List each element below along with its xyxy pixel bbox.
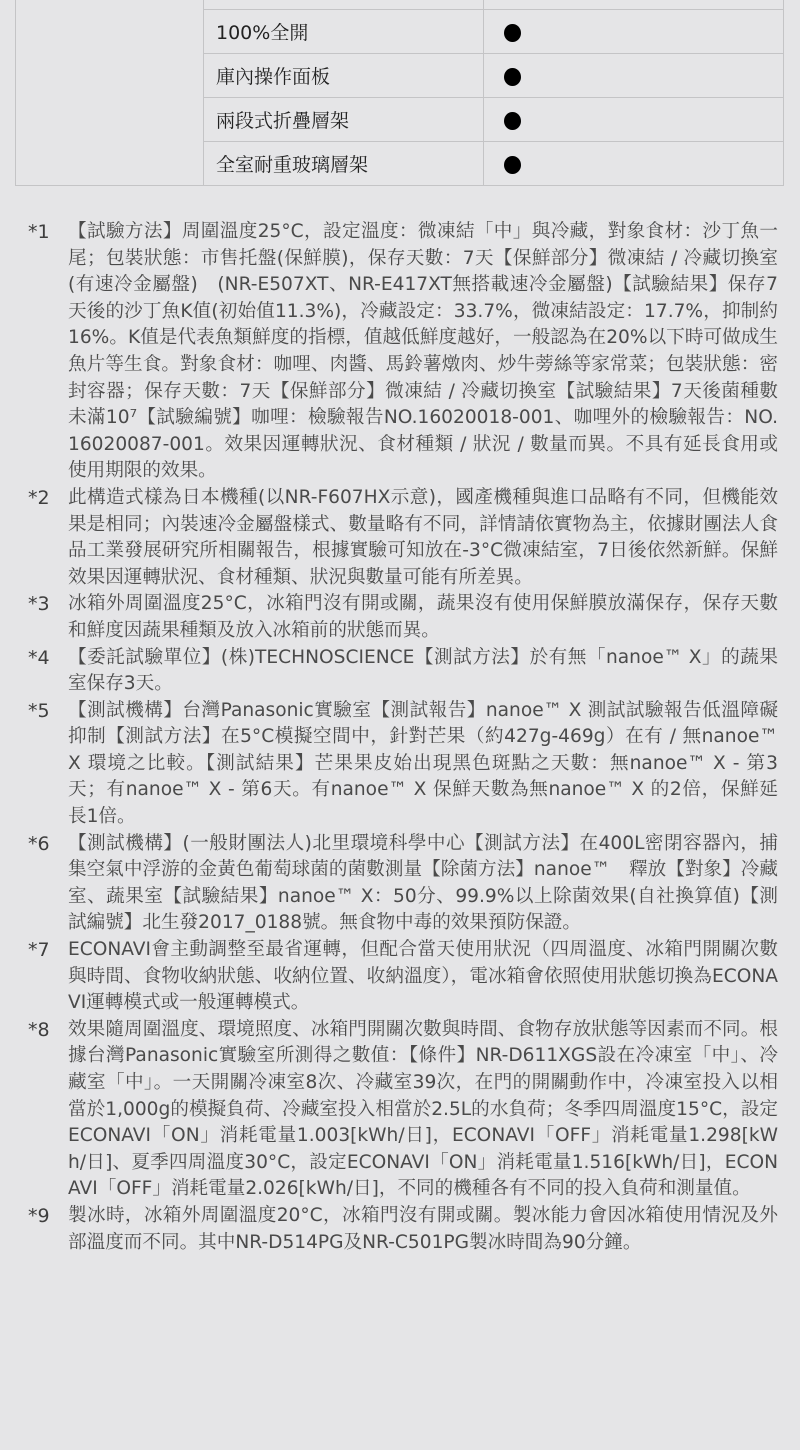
footnote-marker: *5 (28, 698, 50, 725)
feature-cell-stub (204, 0, 484, 10)
value-cell-stub (484, 0, 784, 10)
feature-name: 全室耐重玻璃層架 (204, 142, 484, 186)
footnote-marker: *8 (28, 1017, 50, 1044)
footnotes-list: *1 【試驗方法】周圍溫度25°C，設定溫度：微凍結「中」與冷藏，對象食材：沙丁… (28, 219, 778, 1256)
feature-value (484, 10, 784, 54)
footnote-text: 【測試機構】台灣Panasonic實驗室【測試報告】nanoe™ X 測試試驗報… (68, 700, 778, 827)
footnote-7: *7 ECONAVI會主動調整至最省運轉，但配合當天使用狀況（四周溫度、冰箱門開… (28, 937, 778, 1017)
filled-dot-icon (504, 68, 521, 86)
filled-dot-icon (504, 156, 521, 174)
feature-value (484, 98, 784, 142)
footnote-marker: *6 (28, 831, 50, 858)
footnote-text: ECONAVI會主動調整至最省運轉，但配合當天使用狀況（四周溫度、冰箱門開關次數… (68, 939, 778, 1013)
footnote-3: *3 冰箱外周圍溫度25°C，冰箱門沒有開或關，蔬果沒有使用保鮮膜放滿保存，保存… (28, 591, 778, 644)
footnote-text: 【測試機構】(一般財團法人)北里環境科學中心【測試方法】在400L密閉容器內，捕… (68, 833, 778, 934)
footnote-marker: *9 (28, 1203, 50, 1230)
filled-dot-icon (504, 24, 521, 42)
footnote-8: *8 效果隨周圍溫度、環境照度、冰箱門開關次數與時間、食物存放狀態等因素而不同。… (28, 1017, 778, 1203)
footnote-text: 【試驗方法】周圍溫度25°C，設定溫度：微凍結「中」與冷藏，對象食材：沙丁魚一尾… (68, 221, 778, 481)
footnote-4: *4 【委託試驗單位】(株)TECHNOSCIENCE【測試方法】於有無「nan… (28, 645, 778, 698)
filled-dot-icon (504, 112, 521, 130)
footnote-text: 【委託試驗單位】(株)TECHNOSCIENCE【測試方法】於有無「nanoe™… (68, 647, 778, 695)
feature-name: 庫內操作面板 (204, 54, 484, 98)
footnote-marker: *4 (28, 645, 50, 672)
footnote-1: *1 【試驗方法】周圍溫度25°C，設定溫度：微凍結「中」與冷藏，對象食材：沙丁… (28, 219, 778, 485)
footnote-text: 冰箱外周圍溫度25°C，冰箱門沒有開或關，蔬果沒有使用保鮮膜放滿保存，保存天數和… (68, 593, 778, 641)
feature-name: 100%全開 (204, 10, 484, 54)
footnote-text: 效果隨周圍溫度、環境照度、冰箱門開關次數與時間、食物存放狀態等因素而不同。根據台… (68, 1019, 778, 1200)
footnote-text: 此構造式樣為日本機種(以NR-F607HX示意)，國產機種與進口品略有不同，但機… (68, 487, 778, 588)
feature-name: 兩段式折疊層架 (204, 98, 484, 142)
footnote-marker: *3 (28, 591, 50, 618)
footnote-6: *6 【測試機構】(一般財團法人)北里環境科學中心【測試方法】在400L密閉容器… (28, 831, 778, 937)
footnote-marker: *2 (28, 485, 50, 512)
footnote-2: *2 此構造式樣為日本機種(以NR-F607HX示意)，國產機種與進口品略有不同… (28, 485, 778, 591)
feature-value (484, 142, 784, 186)
group-cell (16, 0, 204, 186)
table-row-stub (16, 0, 784, 10)
footnote-5: *5 【測試機構】台灣Panasonic實驗室【測試報告】nanoe™ X 測試… (28, 698, 778, 831)
footnote-marker: *1 (28, 219, 50, 246)
feature-spec-table: 100%全開 庫內操作面板 兩段式折疊層架 全室耐重玻璃層架 (15, 0, 784, 186)
footnote-marker: *7 (28, 937, 50, 964)
feature-value (484, 54, 784, 98)
footnote-text: 製冰時，冰箱外周圍溫度20°C，冰箱門沒有開或關。製冰能力會因冰箱使用情況及外部… (68, 1205, 778, 1253)
footnote-9: *9 製冰時，冰箱外周圍溫度20°C，冰箱門沒有開或關。製冰能力會因冰箱使用情況… (28, 1203, 778, 1256)
